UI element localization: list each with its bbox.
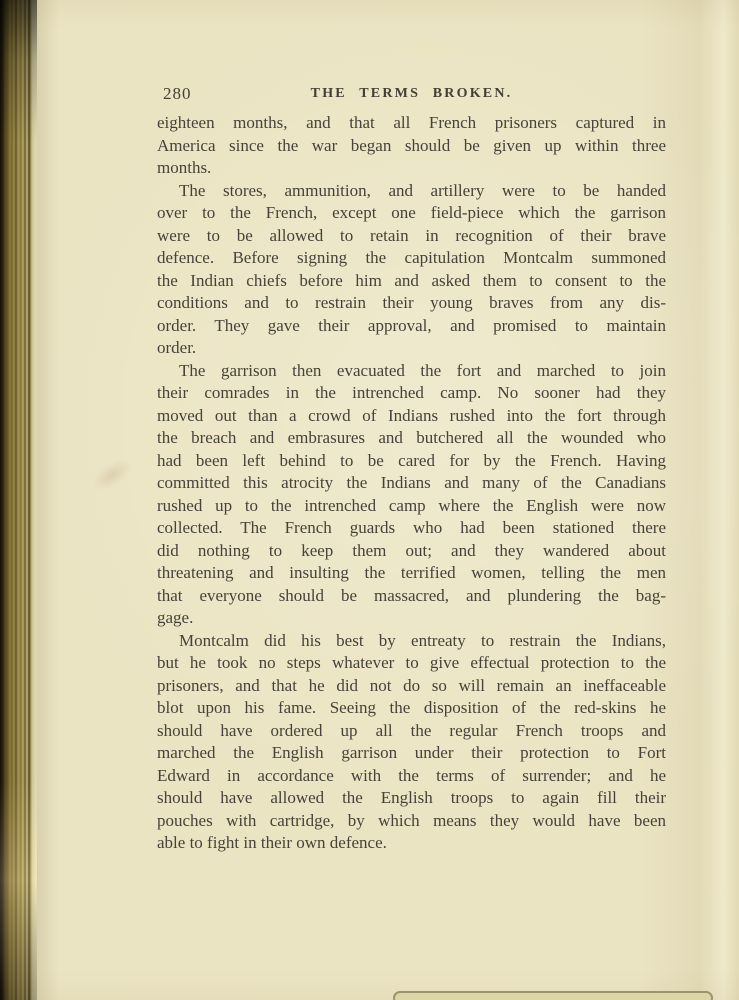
text-line: the Indian chiefs before him and asked t… [157, 270, 666, 293]
text-line: order. They gave their approval, and pro… [157, 315, 666, 338]
text-line: committed this atrocity the Indians and … [157, 472, 666, 495]
text-line: Edward in accordance with the terms of s… [157, 765, 666, 788]
running-header: THE TERMS BROKEN. [157, 86, 666, 102]
page-header: 280 THE TERMS BROKEN. [157, 84, 666, 106]
paragraph: eighteen months, and that all French pri… [157, 112, 666, 180]
text-line: conditions and to restrain their young b… [157, 292, 666, 315]
text-line: were to be allowed to retain in recognit… [157, 225, 666, 248]
text-line: blot upon his fame. Seeing the dispositi… [157, 697, 666, 720]
text-line: the breach and embrasures and butchered … [157, 427, 666, 450]
text-line: Montcalm did his best by entreaty to res… [157, 630, 666, 653]
text-line: America since the war began should be gi… [157, 135, 666, 158]
text-line: threatening and insulting the terrified … [157, 562, 666, 585]
page-body: eighteen months, and that all French pri… [157, 112, 666, 855]
text-line: over to the French, except one field-pie… [157, 202, 666, 225]
text-line: did nothing to keep them out; and they w… [157, 540, 666, 563]
text-line: their comrades in the intrenched camp. N… [157, 382, 666, 405]
text-line: The garrison then evacuated the fort and… [157, 360, 666, 383]
scanned-book-page: 280 THE TERMS BROKEN. eighteen months, a… [0, 0, 739, 1000]
paragraph: The stores, ammunition, and artillery we… [157, 180, 666, 360]
text-line: marched the English garrison under their… [157, 742, 666, 765]
text-line: that everyone should be massacred, and p… [157, 585, 666, 608]
text-line: should have ordered up all the regular F… [157, 720, 666, 743]
text-line: had been left behind to be cared for by … [157, 450, 666, 473]
text-line: rushed up to the intrenched camp where t… [157, 495, 666, 518]
paragraph: Montcalm did his best by entreaty to res… [157, 630, 666, 855]
page-smudge [73, 439, 152, 512]
book-spine-edges [0, 0, 37, 1000]
text-line: order. [157, 337, 666, 360]
text-line: moved out than a crowd of Indians rushed… [157, 405, 666, 428]
text-line: collected. The French guards who had bee… [157, 517, 666, 540]
paragraph: The garrison then evacuated the fort and… [157, 360, 666, 630]
text-line: The stores, ammunition, and artillery we… [157, 180, 666, 203]
text-line: gage. [157, 607, 666, 630]
gutter-shadow [37, 0, 59, 1000]
page-bottom-edge [393, 991, 713, 1000]
text-line: but he took no steps whatever to give ef… [157, 652, 666, 675]
text-line: should have allowed the English troops t… [157, 787, 666, 810]
text-line: months. [157, 157, 666, 180]
text-line: prisoners, and that he did not do so wil… [157, 675, 666, 698]
text-line: able to fight in their own defence. [157, 832, 666, 855]
text-line: defence. Before signing the capitulation… [157, 247, 666, 270]
text-line: eighteen months, and that all French pri… [157, 112, 666, 135]
text-line: pouches with cartridge, by which means t… [157, 810, 666, 833]
